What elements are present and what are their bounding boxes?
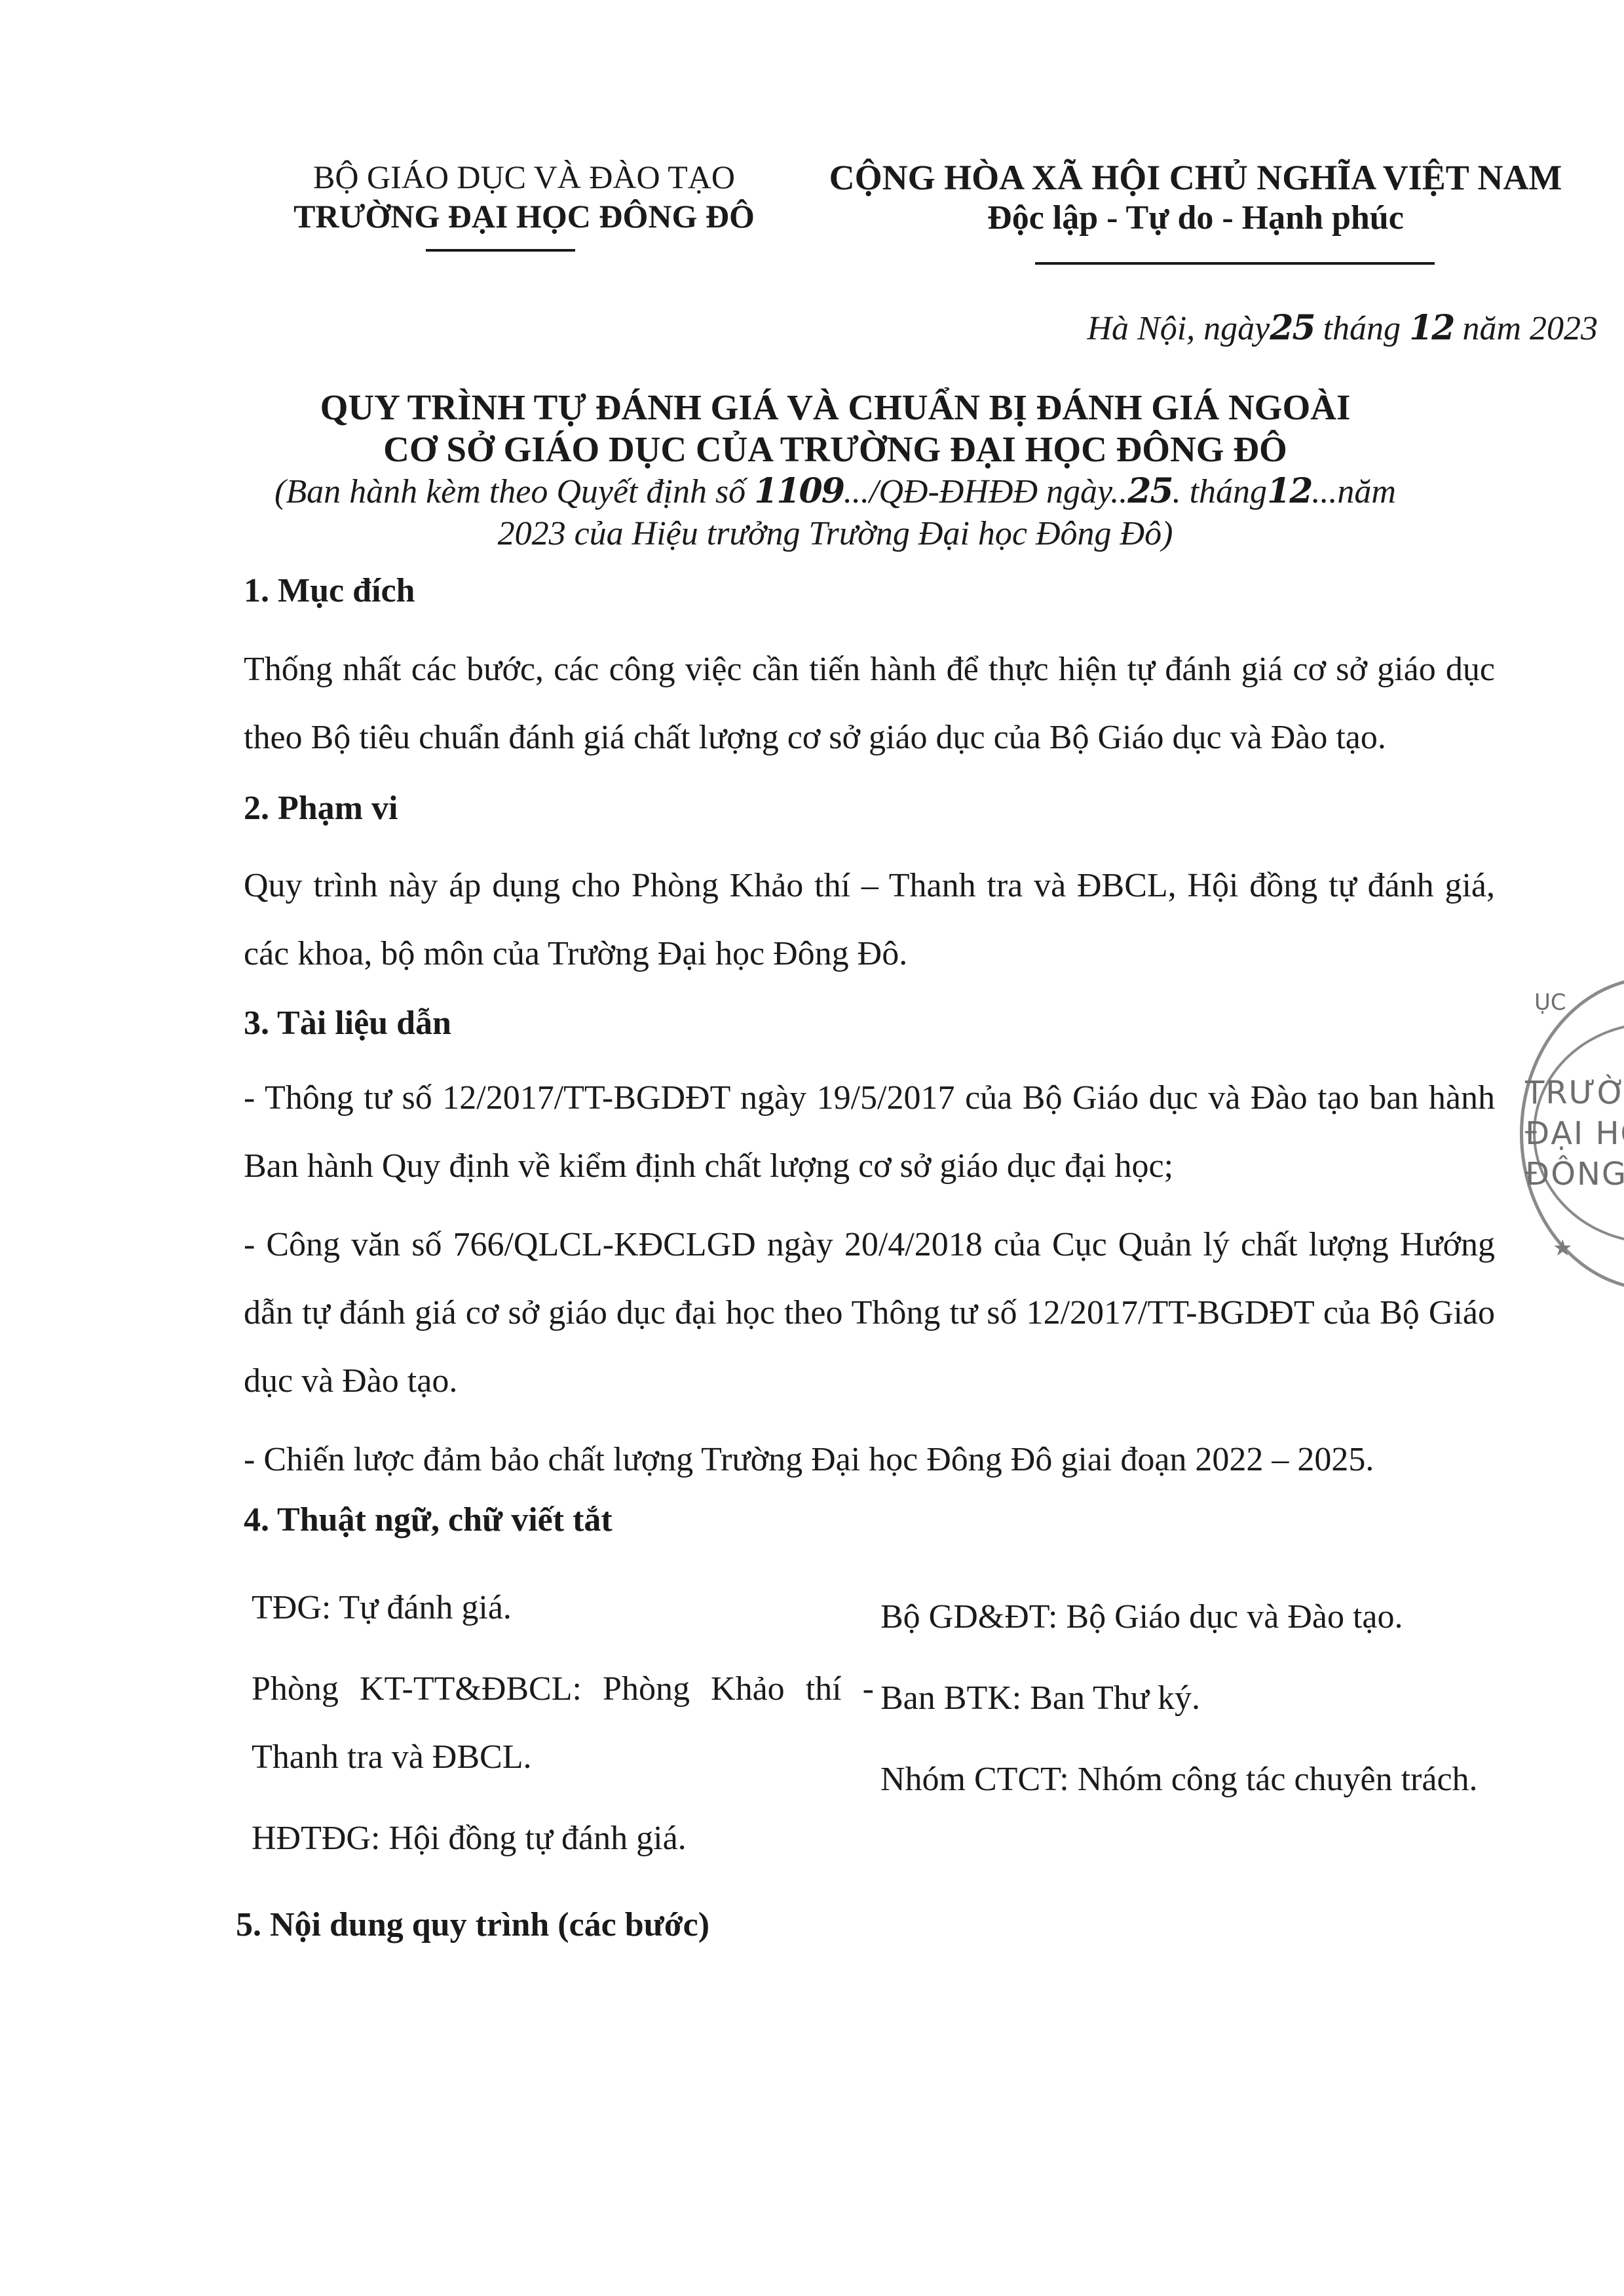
reference-item: - Chiến lược đảm bảo chất lượng Trường Đ… [244,1426,1495,1494]
seal-text-line-1: TRƯỜN [1525,1075,1624,1111]
abbreviation-item: HĐTĐG: Hội đồng tự đánh giá. [252,1805,874,1873]
year-label: năm 2023 [1454,310,1598,347]
issuance-note-line-2: 2023 của Hiệu trưởng Trường Đại học Đông… [197,513,1474,555]
handwritten-month: 12 [1409,308,1454,348]
official-seal: ỤC TRƯỜN ĐẠI HỌ ĐÔNG Đ ★ [1520,976,1624,1291]
abbreviations-right-column: Bộ GD&ĐT: Bộ Giáo dục và Đào tạo. Ban BT… [880,1574,1503,1873]
abbreviation-item: Nhóm CTCT: Nhóm công tác chuyên trách. [880,1746,1503,1814]
section-3-heading: 3. Tài liệu dẫn [244,1003,1495,1044]
seal-top-text: ỤC [1534,989,1566,1016]
section-5-heading: 5. Nội dung quy trình (các bước) [236,1904,1495,1946]
section-2-text: Quy trình này áp dụng cho Phòng Khảo thí… [244,852,1495,988]
abbreviation-item: Bộ GD&ĐT: Bộ Giáo dục và Đào tạo. [880,1583,1503,1651]
abbreviation-item: TĐG: Tự đánh giá. [252,1574,874,1642]
title-line-2: CƠ SỞ GIÁO DỤC CỦA TRƯỜNG ĐẠI HỌC ĐÔNG Đ… [197,429,1474,470]
month-label: tháng [1315,310,1409,347]
seal-text-line-3: ĐÔNG Đ [1525,1156,1624,1193]
handwritten-decision-month: 12 [1267,471,1312,511]
reference-item: - Thông tư số 12/2017/TT-BGDĐT ngày 19/5… [244,1064,1495,1200]
abbreviation-item: Ban BTK: Ban Thư ký. [880,1664,1503,1732]
issuance-mid-3: ...năm [1312,473,1396,510]
issuance-mid-1: .../QĐ-ĐHĐĐ ngày.. [844,473,1127,510]
section-1-heading: 1. Mục đích [244,570,1495,612]
issuance-mid-2: . tháng [1173,473,1267,510]
abbreviation-item: Phòng KT-TT&ĐBCL: Phòng Khảo thí - Thanh… [252,1655,874,1791]
section-4-heading: 4. Thuật ngữ, chữ viết tắt [244,1499,1495,1541]
school-underline [426,249,575,252]
ministry-name: BỘ GIÁO DỤC VÀ ĐÀO TẠO [262,157,786,197]
document-title: QUY TRÌNH TỰ ĐÁNH GIÁ VÀ CHUẨN BỊ ĐÁNH G… [197,387,1474,555]
issuing-authority: BỘ GIÁO DỤC VÀ ĐÀO TẠO TRƯỜNG ĐẠI HỌC ĐÔ… [262,157,786,236]
abbreviations-left-column: TĐG: Tự đánh giá. Phòng KT-TT&ĐBCL: Phòn… [252,1574,874,1873]
title-line-1: QUY TRÌNH TỰ ĐÁNH GIÁ VÀ CHUẨN BỊ ĐÁNH G… [197,387,1474,429]
issuance-prefix: (Ban hành kèm theo Quyết định số [274,473,754,510]
issuance-note-line-1: (Ban hành kèm theo Quyết định số 1109...… [197,470,1474,513]
date-prefix: Hà Nội, ngày [1087,310,1270,347]
document-body: 1. Mục đích Thống nhất các bước, các côn… [244,570,1495,1946]
handwritten-decision-number: 1109 [754,471,844,511]
place-date: Hà Nội, ngày25 tháng 12 năm 2023 [1087,308,1598,348]
country-name: CỘNG HÒA XÃ HỘI CHỦ NGHĨA VIỆT NAM [786,157,1605,198]
section-2-heading: 2. Phạm vi [244,788,1495,830]
reference-item: - Công văn số 766/QLCL-KĐCLGD ngày 20/4/… [244,1211,1495,1415]
seal-star-icon: ★ [1553,1235,1572,1261]
handwritten-decision-day: 25 [1127,471,1172,511]
national-header: CỘNG HÒA XÃ HỘI CHỦ NGHĨA VIỆT NAM Độc l… [786,157,1605,239]
school-name: TRƯỜNG ĐẠI HỌC ĐÔNG ĐÔ [262,197,786,236]
section-1-text: Thống nhất các bước, các công việc cần t… [244,636,1495,772]
abbreviations-table: TĐG: Tự đánh giá. Phòng KT-TT&ĐBCL: Phòn… [252,1574,1495,1873]
seal-text-line-2: ĐẠI HỌ [1525,1115,1624,1152]
motto-underline [1035,262,1435,265]
handwritten-day: 25 [1270,308,1314,348]
national-motto: Độc lập - Tự do - Hạnh phúc [786,198,1605,239]
